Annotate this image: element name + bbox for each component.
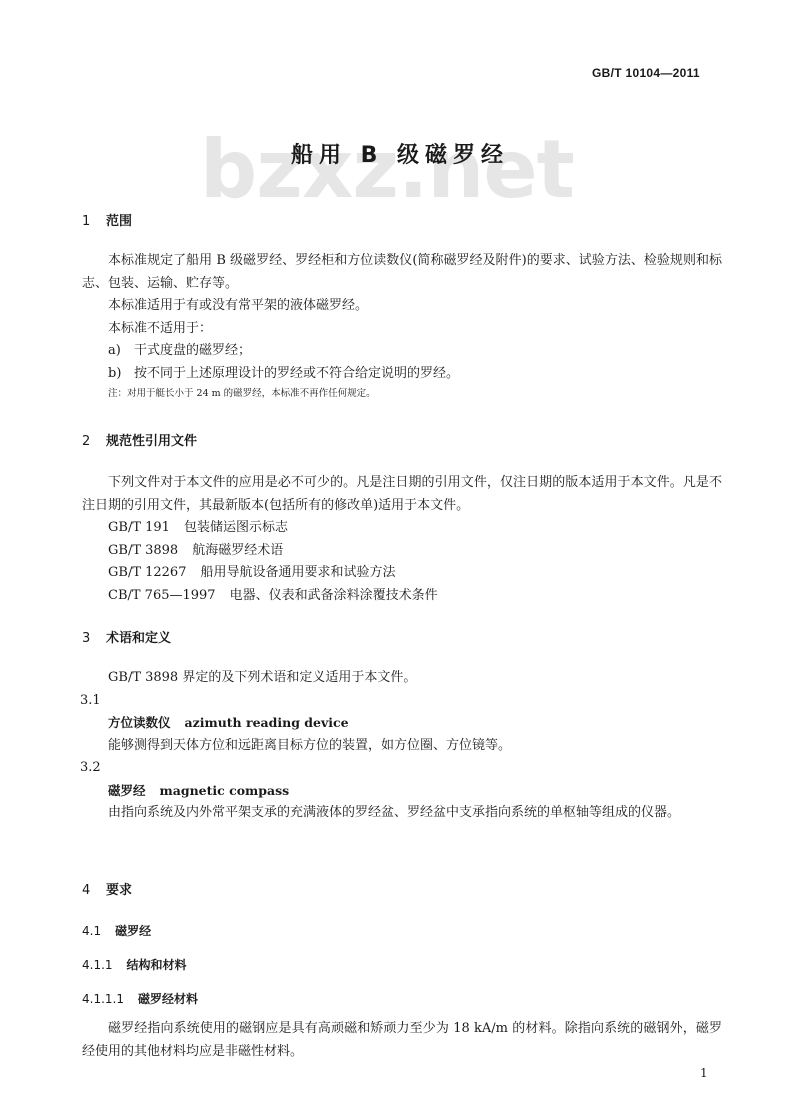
section-title: 要求 [106,883,132,898]
subsection-title: 磁罗经材料 [138,992,198,1006]
materials-body: 磁罗经指向系统使用的磁钢应是具有高顽磁和矫顽力至少为 18 kA/m 的材料。除… [82,1018,722,1063]
section-heading-scope: 1范围 [82,210,132,229]
term-definition: 由指向系统及内外常平架支承的充满液体的罗经盆、罗经盆中支承指向系统的单枢轴等组成… [82,802,722,825]
list-text: 按不同于上述原理设计的罗经或不符合给定说明的罗经。 [134,366,459,381]
term-en: magnetic compass [160,783,290,798]
terms-body: GB/T 3898 界定的及下列术语和定义适用于本文件。 3.1 方位读数仪az… [82,667,722,825]
reference-item: GB/T 3898航海磁罗经术语 [82,540,722,563]
reference-code: GB/T 12267 [108,562,186,585]
reference-code: GB/T 3898 [108,540,178,563]
standard-code: GB/T 10104—2011 [592,66,700,80]
note: 注：对用于艇长小于 24 m 的磁罗经，本标准不再作任何规定。 [82,385,722,403]
term-definition: 能够测得到天体方位和远距离目标方位的装置，如方位圈、方位镜等。 [82,735,722,758]
reference-code: CB/T 765—1997 [108,585,216,608]
section-heading-terms: 3术语和定义 [82,627,171,646]
reference-item: CB/T 765—1997电器、仪表和武备涂料涂覆技术条件 [82,585,722,608]
subsection-title: 磁罗经 [115,924,151,938]
term-heading: 磁罗经magnetic compass [82,780,722,803]
paragraph: 本标准规定了船用 B 级磁罗经、罗经柜和方位读数仪(简称磁罗经及附件)的要求、试… [82,250,722,295]
section-title: 范围 [106,214,132,229]
paragraph: GB/T 3898 界定的及下列术语和定义适用于本文件。 [82,667,722,690]
list-text: 干式度盘的磁罗经； [134,343,251,358]
subsection-number: 4.1 [82,924,101,938]
section-heading-requirements: 4要求 [82,879,132,898]
section-title: 规范性引用文件 [106,434,197,449]
paragraph: 本标准不适用于： [82,318,722,341]
list-item: b)按不同于上述原理设计的罗经或不符合给定说明的罗经。 [82,363,722,386]
term-zh: 磁罗经 [108,783,146,798]
subsection-heading-structure-materials: 4.1.1结构和材料 [82,956,187,973]
paragraph: 下列文件对于本文件的应用是必不可少的。凡是注日期的引用文件，仅注日期的版本适用于… [82,472,722,517]
term-heading: 方位读数仪azimuth reading device [82,712,722,735]
reference-code: GB/T 191 [108,517,170,540]
section-number: 4 [82,883,106,898]
list-marker: a) [108,340,134,363]
section-title: 术语和定义 [106,631,171,646]
section-number: 3 [82,631,106,646]
reference-item: GB/T 12267船用导航设备通用要求和试验方法 [82,562,722,585]
reference-title: 船用导航设备通用要求和试验方法 [200,565,395,580]
subsection-heading-compass: 4.1磁罗经 [82,922,151,939]
page-number: 1 [700,1066,708,1080]
subsection-number: 4.1.1.1 [82,992,124,1006]
term-en: azimuth reading device [185,715,349,730]
subsection-title: 结构和材料 [127,958,187,972]
list-marker: b) [108,363,134,386]
reference-title: 包装储运图示标志 [184,520,288,535]
term-zh: 方位读数仪 [108,715,171,730]
term-number: 3.1 [80,690,722,713]
subsection-heading-compass-materials: 4.1.1.1磁罗经材料 [82,990,198,1007]
references-body: 下列文件对于本文件的应用是必不可少的。凡是注日期的引用文件，仅注日期的版本适用于… [82,472,722,607]
scope-body: 本标准规定了船用 B 级磁罗经、罗经柜和方位读数仪(简称磁罗经及附件)的要求、试… [82,250,722,403]
section-heading-normative-references: 2规范性引用文件 [82,430,197,449]
paragraph: 磁罗经指向系统使用的磁钢应是具有高顽磁和矫顽力至少为 18 kA/m 的材料。除… [82,1018,722,1063]
list-item: a)干式度盘的磁罗经； [82,340,722,363]
subsection-number: 4.1.1 [82,958,113,972]
reference-title: 航海磁罗经术语 [192,543,283,558]
reference-item: GB/T 191包装储运图示标志 [82,517,722,540]
section-number: 1 [82,214,106,229]
reference-title: 电器、仪表和武备涂料涂覆技术条件 [230,588,438,603]
paragraph: 本标准适用于有或没有常平架的液体磁罗经。 [82,295,722,318]
section-number: 2 [82,434,106,449]
term-number: 3.2 [80,757,722,780]
document-title: 船用 B 级磁罗经 [0,138,800,169]
